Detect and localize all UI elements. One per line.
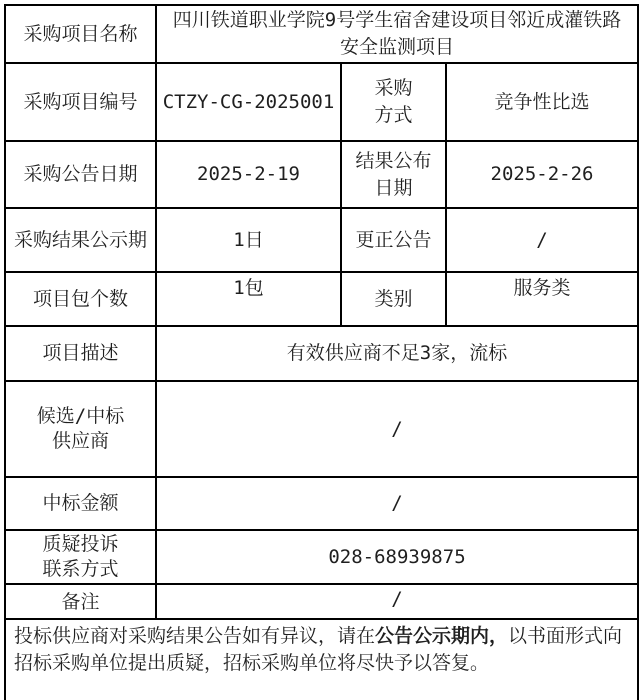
result-publish-date-value: 2025-2-26 — [446, 141, 638, 208]
row-project-number: 采购项目编号 CTZY-CG-2025001 采购 方式 竞争性比选 — [5, 63, 638, 141]
row-package-count: 项目包个数 1包 类别 服务类 — [5, 272, 638, 326]
complaint-contact-label: 质疑投诉 联系方式 — [5, 530, 156, 584]
row-project-name: 采购项目名称 四川铁道职业学院9号学生宿舍建设项目邻近成灌铁路 安全监测项目 — [5, 5, 638, 63]
row-remarks: 备注 / — [5, 584, 638, 619]
row-project-description: 项目描述 有效供应商不足3家，流标 — [5, 326, 638, 381]
project-description-value: 有效供应商不足3家，流标 — [156, 326, 638, 381]
project-description-label: 项目描述 — [5, 326, 156, 381]
category-label: 类别 — [341, 272, 446, 326]
row-winning-supplier: 候选/中标 供应商 / — [5, 381, 638, 477]
complaint-contact-value: 028-68939875 — [156, 530, 638, 584]
procurement-result-table: 采购项目名称 四川铁道职业学院9号学生宿舍建设项目邻近成灌铁路 安全监测项目 采… — [4, 4, 639, 700]
package-count-label: 项目包个数 — [5, 272, 156, 326]
row-announce-date: 采购公告日期 2025-2-19 结果公布 日期 2025-2-26 — [5, 141, 638, 208]
remarks-value: / — [156, 584, 638, 619]
publicity-period-label: 采购结果公示期 — [5, 208, 156, 272]
footer-note-bold: 公告公示期内， — [375, 625, 508, 647]
winning-amount-label: 中标金额 — [5, 477, 156, 530]
result-publish-date-label: 结果公布 日期 — [341, 141, 446, 208]
winning-amount-value: / — [156, 477, 638, 530]
correction-notice-label: 更正公告 — [341, 208, 446, 272]
project-number-label: 采购项目编号 — [5, 63, 156, 141]
correction-notice-value: / — [446, 208, 638, 272]
row-complaint-contact: 质疑投诉 联系方式 028-68939875 — [5, 530, 638, 584]
row-winning-amount: 中标金额 / — [5, 477, 638, 530]
procurement-method-value: 竞争性比选 — [446, 63, 638, 141]
procurement-result-notice: 采购项目名称 四川铁道职业学院9号学生宿舍建设项目邻近成灌铁路 安全监测项目 采… — [0, 0, 642, 700]
winning-supplier-label: 候选/中标 供应商 — [5, 381, 156, 477]
row-footer-note: 投标供应商对采购结果公告如有异议，请在公告公示期内，以书面形式向 招标采购单位提… — [5, 619, 638, 700]
footer-note-pre: 投标供应商对采购结果公告如有异议，请在 — [14, 625, 375, 647]
project-name-label: 采购项目名称 — [5, 5, 156, 63]
category-value: 服务类 — [446, 272, 638, 326]
publicity-period-value: 1日 — [156, 208, 341, 272]
project-number-value: CTZY-CG-2025001 — [156, 63, 341, 141]
row-publicity-period: 采购结果公示期 1日 更正公告 / — [5, 208, 638, 272]
announce-date-value: 2025-2-19 — [156, 141, 341, 208]
project-name-value: 四川铁道职业学院9号学生宿舍建设项目邻近成灌铁路 安全监测项目 — [156, 5, 638, 63]
procurement-method-label: 采购 方式 — [341, 63, 446, 141]
winning-supplier-value: / — [156, 381, 638, 477]
remarks-label: 备注 — [5, 584, 156, 619]
announce-date-label: 采购公告日期 — [5, 141, 156, 208]
package-count-value: 1包 — [156, 272, 341, 326]
footer-note: 投标供应商对采购结果公告如有异议，请在公告公示期内，以书面形式向 招标采购单位提… — [5, 619, 638, 700]
